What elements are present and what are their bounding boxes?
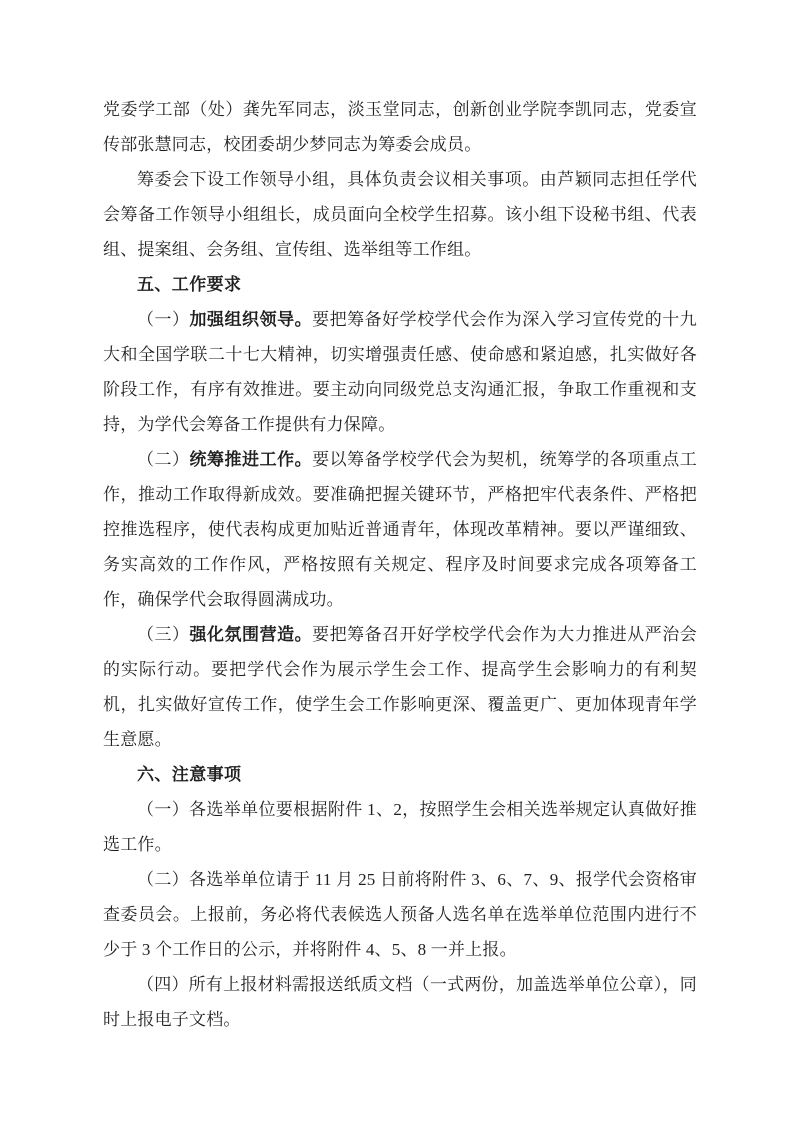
para-5-1-strengthen-organization: （一）加强组织领导。要把筹备好学校学代会作为深入学习宣传党的十九大和全国学联二十… — [103, 302, 697, 442]
paragraph-text: （二） — [137, 450, 190, 469]
paragraph-text: （四）所有上报材料需报送纸质文档（一式两份，加盖选举单位公章），同时上报电子文档… — [103, 975, 697, 1029]
para-working-leading-group: 筹委会下设工作领导小组，具体负责会议相关事项。由芦颖同志担任学代会筹备工作领导小… — [103, 162, 697, 267]
heading-text: 五、工作要求 — [137, 275, 241, 294]
para-5-3-strengthen-atmosphere: （三）强化氛围营造。要把筹备召开好学校学代会作为大力推进从严治会的实际行动。要把… — [103, 617, 697, 757]
paragraph-text: 要以筹备学校学代会为契机，统筹学的各项重点工作，推动工作取得新成效。要准确把握关… — [103, 450, 697, 609]
para-6-2-deadline-nov-25: （二）各选举单位请于 11 月 25 日前将附件 3、6、7、9、报学代会资格审… — [103, 862, 697, 967]
paragraph-text: 筹委会下设工作领导小组，具体负责会议相关事项。由芦颖同志担任学代会筹备工作领导小… — [103, 170, 697, 259]
paragraph-lead-in: 加强组织领导。 — [190, 310, 313, 329]
document-content: 党委学工部（处）龚先军同志，淡玉堂同志，创新创业学院李凯同志，党委宣传部张慧同志… — [103, 92, 697, 1037]
document-page: 党委学工部（处）龚先军同志，淡玉堂同志，创新创业学院李凯同志，党委宣传部张慧同志… — [0, 0, 800, 1131]
heading-text: 六、注意事项 — [137, 765, 241, 784]
heading-section-5-work-requirements: 五、工作要求 — [103, 267, 697, 302]
paragraph-text: （二）各选举单位请于 11 月 25 日前将附件 3、6、7、9、报学代会资格审… — [103, 870, 697, 959]
heading-section-6-notes: 六、注意事项 — [103, 757, 697, 792]
paragraph-lead-in: 统筹推进工作。 — [190, 450, 313, 469]
para-5-2-coordinate-promotion: （二）统筹推进工作。要以筹备学校学代会为契机，统筹学的各项重点工作，推动工作取得… — [103, 442, 697, 617]
paragraph-lead-in: 强化氛围营造。 — [190, 625, 313, 644]
paragraph-text: 党委学工部（处）龚先军同志，淡玉堂同志，创新创业学院李凯同志，党委宣传部张慧同志… — [103, 100, 697, 154]
para-6-1-selection-per-attachments: （一）各选举单位要根据附件 1、2，按照学生会相关选举规定认真做好推选工作。 — [103, 792, 697, 862]
para-6-4-paper-and-electronic: （四）所有上报材料需报送纸质文档（一式两份，加盖选举单位公章），同时上报电子文档… — [103, 967, 697, 1037]
paragraph-text: （一）各选举单位要根据附件 1、2，按照学生会相关选举规定认真做好推选工作。 — [103, 800, 697, 854]
paragraph-text: （一） — [137, 310, 190, 329]
para-committee-members-continuation: 党委学工部（处）龚先军同志，淡玉堂同志，创新创业学院李凯同志，党委宣传部张慧同志… — [103, 92, 697, 162]
paragraph-text: （三） — [137, 625, 190, 644]
